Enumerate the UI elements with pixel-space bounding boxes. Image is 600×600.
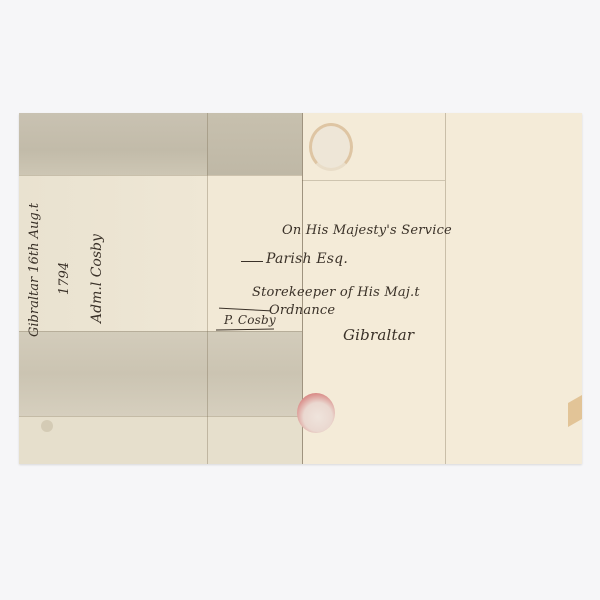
red-wax-seal-icon bbox=[297, 393, 335, 433]
fold-line bbox=[19, 331, 302, 332]
docket-panel bbox=[19, 175, 207, 331]
signature-overline bbox=[219, 308, 271, 312]
wax-seal-remnant-icon bbox=[309, 123, 353, 171]
fold-line bbox=[302, 180, 445, 181]
stain-spot bbox=[41, 420, 53, 432]
soiled-fold-panel-top-left bbox=[19, 113, 207, 175]
address-dash bbox=[241, 261, 263, 262]
fold-line bbox=[19, 416, 302, 417]
letter-cover: On His Majesty's Service Parish Esq. Sto… bbox=[19, 113, 582, 464]
address-line-3: Storekeeper of His Maj.t bbox=[252, 285, 420, 300]
address-line-4: Ordnance bbox=[269, 303, 335, 318]
address-line-1: On His Majesty's Service bbox=[282, 223, 452, 238]
fold-line bbox=[19, 175, 302, 176]
sender-signature: P. Cosby bbox=[224, 313, 276, 327]
soiled-fold-panel-top-middle bbox=[207, 113, 302, 175]
soiled-fold-panel-bottom bbox=[19, 331, 302, 416]
fold-line bbox=[445, 113, 446, 464]
fold-line bbox=[207, 113, 208, 464]
docket-line-2: 1794 bbox=[57, 262, 72, 295]
bottom-flap bbox=[19, 416, 302, 464]
docket-line-1: Gibraltar 16th Aug.t bbox=[27, 203, 42, 337]
docket-line-3: Adm.l Cosby bbox=[89, 234, 105, 323]
address-line-2: Parish Esq. bbox=[266, 251, 348, 267]
address-line-5: Gibraltar bbox=[343, 326, 414, 344]
